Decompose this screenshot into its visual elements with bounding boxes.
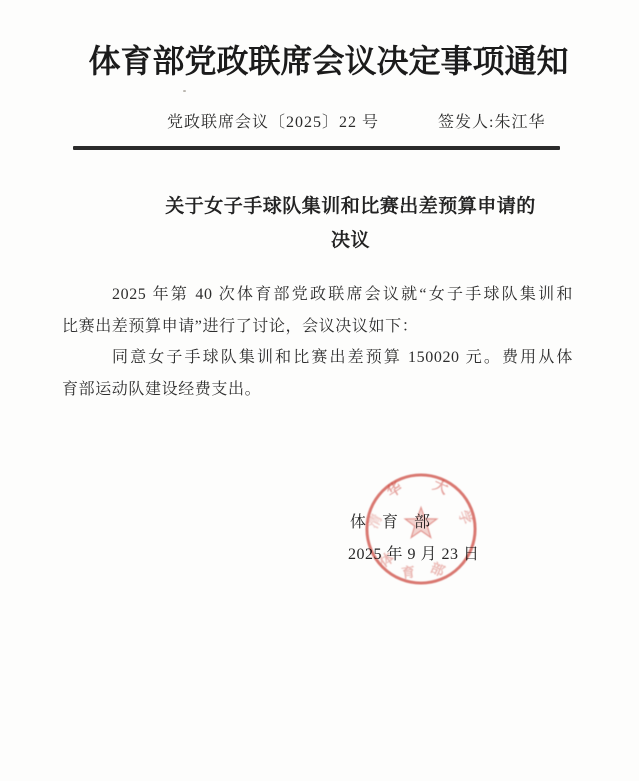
body-paragraph1-line1: 2025 年第 40 次体育部党政联席会议就“女子手球队集训和 bbox=[62, 279, 573, 311]
body-paragraph1-line2: 比赛出差预算申请”进行了讨论，会议决议如下： bbox=[62, 311, 573, 343]
subject-heading-line2: 决议 bbox=[31, 224, 639, 258]
document-page: 体育部党政联席会议决定事项通知 党政联席会议〔2025〕22 号 签发人:朱江华… bbox=[0, 0, 639, 781]
scan-speck bbox=[183, 90, 186, 92]
seal-arc-char: 育 bbox=[400, 563, 416, 581]
subject-heading-line1: 关于女子手球队集训和比赛出差预算申请的 bbox=[31, 190, 639, 224]
seal-arc-char: 学 bbox=[455, 508, 475, 527]
document-title: 体育部党政联席会议决定事项通知 bbox=[9, 36, 639, 82]
seal-arc-char: 华 bbox=[383, 478, 405, 501]
body-paragraph2-line2: 育部运动队建设经费支出。 bbox=[62, 374, 573, 406]
document-body: 2025 年第 40 次体育部党政联席会议就“女子手球队集训和 比赛出差预算申请… bbox=[62, 279, 573, 405]
document-meta-row: 党政联席会议〔2025〕22 号 签发人:朱江华 bbox=[0, 109, 639, 135]
signature-department: 体 育 部 bbox=[350, 509, 430, 532]
seal-arc-char: 大 bbox=[430, 476, 451, 498]
signature-date: 2025 年 9 月 23 日 bbox=[348, 541, 480, 564]
header-divider-line bbox=[73, 146, 560, 150]
body-paragraph2-line1: 同意女子手球队集训和比赛出差预算 150020 元。费用从体 bbox=[62, 342, 573, 374]
issuer-name: 签发人:朱江华 bbox=[438, 109, 545, 132]
subject-heading: 关于女子手球队集训和比赛出差预算申请的 决议 bbox=[31, 190, 639, 258]
document-number: 党政联席会议〔2025〕22 号 bbox=[167, 109, 379, 132]
